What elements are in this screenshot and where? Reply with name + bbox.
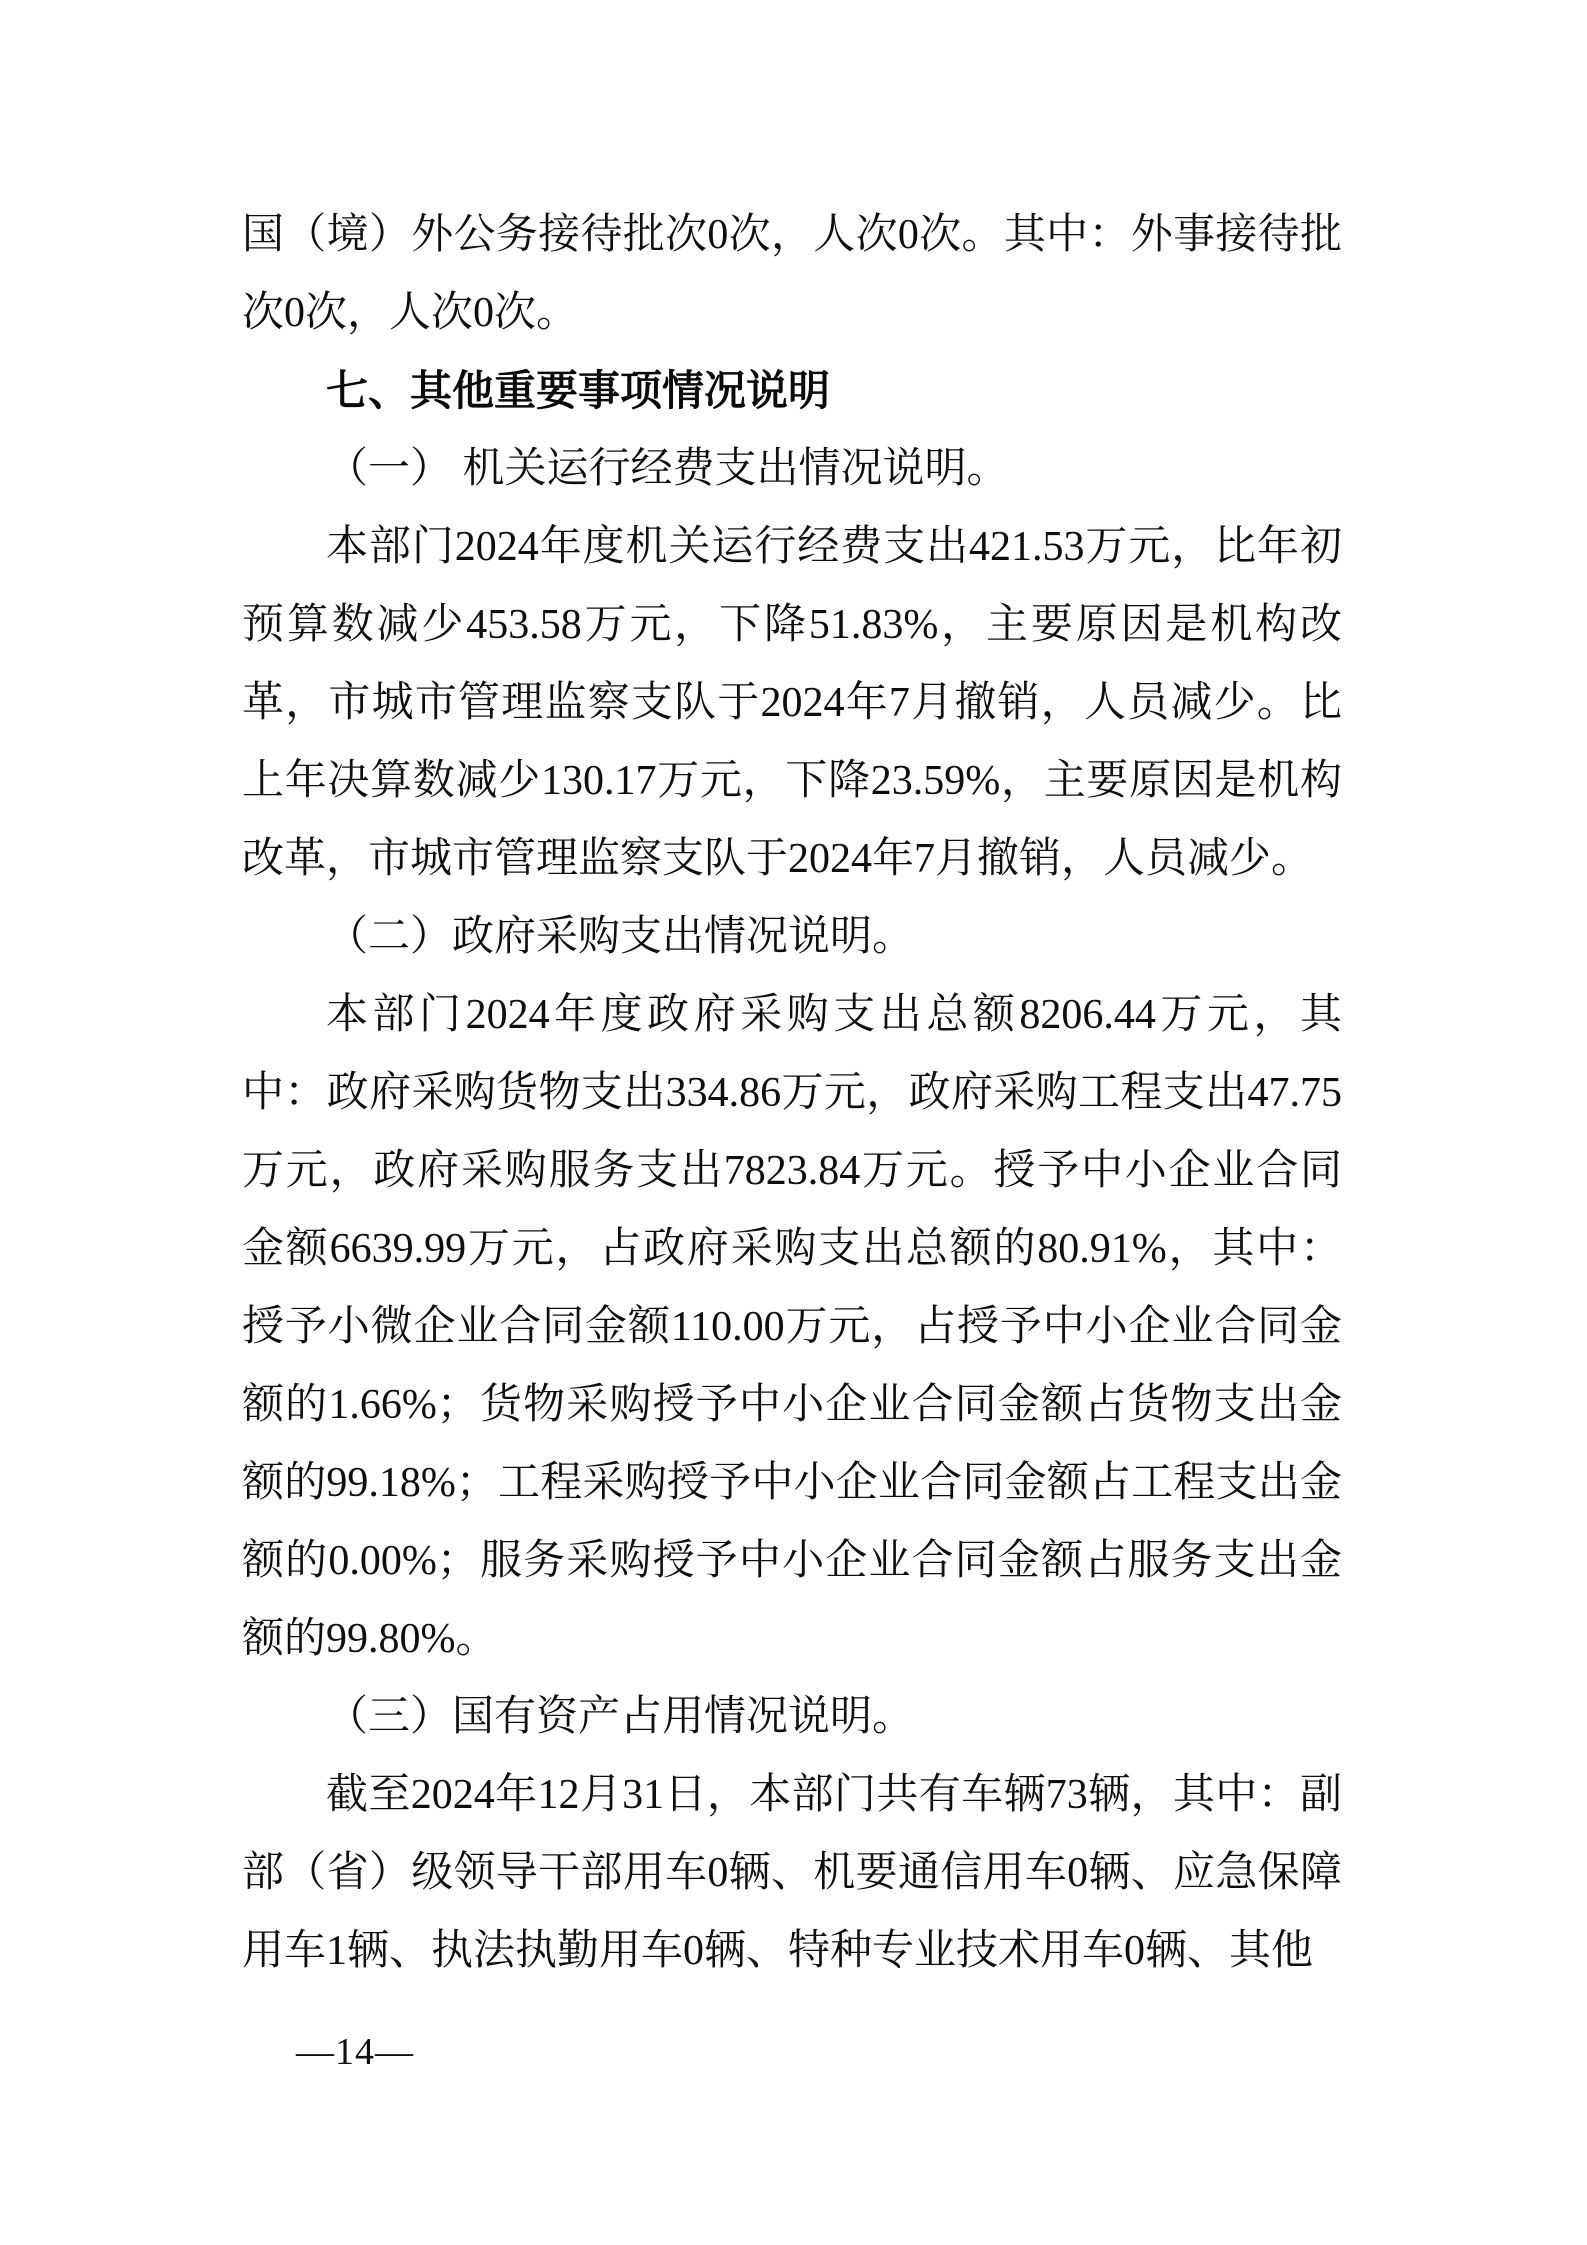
paragraph-operating-expenses: 本部门2024年度机关运行经费支出421.53万元，比年初预算数减少453.58…: [242, 508, 1342, 898]
document-page: 国（境）外公务接待批次0次，人次0次。其中：外事接待批次0次，人次0次。 七、其…: [0, 0, 1587, 2245]
subsection-heading-operating-expenses: （一） 机关运行经费支出情况说明。: [242, 430, 1342, 508]
section-heading-other-important-matters: 七、其他重要事项情况说明: [242, 352, 1342, 430]
subsection-heading-government-procurement: （二）政府采购支出情况说明。: [242, 898, 1342, 976]
subsection-heading-state-owned-assets: （三）国有资产占用情况说明。: [242, 1678, 1342, 1756]
paragraph-government-procurement: 本部门2024年度政府采购支出总额8206.44万元，其中：政府采购货物支出33…: [242, 976, 1342, 1678]
paragraph-foreign-reception-continued: 国（境）外公务接待批次0次，人次0次。其中：外事接待批次0次，人次0次。: [242, 196, 1342, 352]
document-body: 国（境）外公务接待批次0次，人次0次。其中：外事接待批次0次，人次0次。 七、其…: [242, 196, 1342, 1990]
paragraph-state-owned-assets-vehicles: 截至2024年12月31日，本部门共有车辆73辆，其中：副部（省）级领导干部用车…: [242, 1756, 1342, 1990]
page-number: —14—: [296, 2028, 414, 2076]
